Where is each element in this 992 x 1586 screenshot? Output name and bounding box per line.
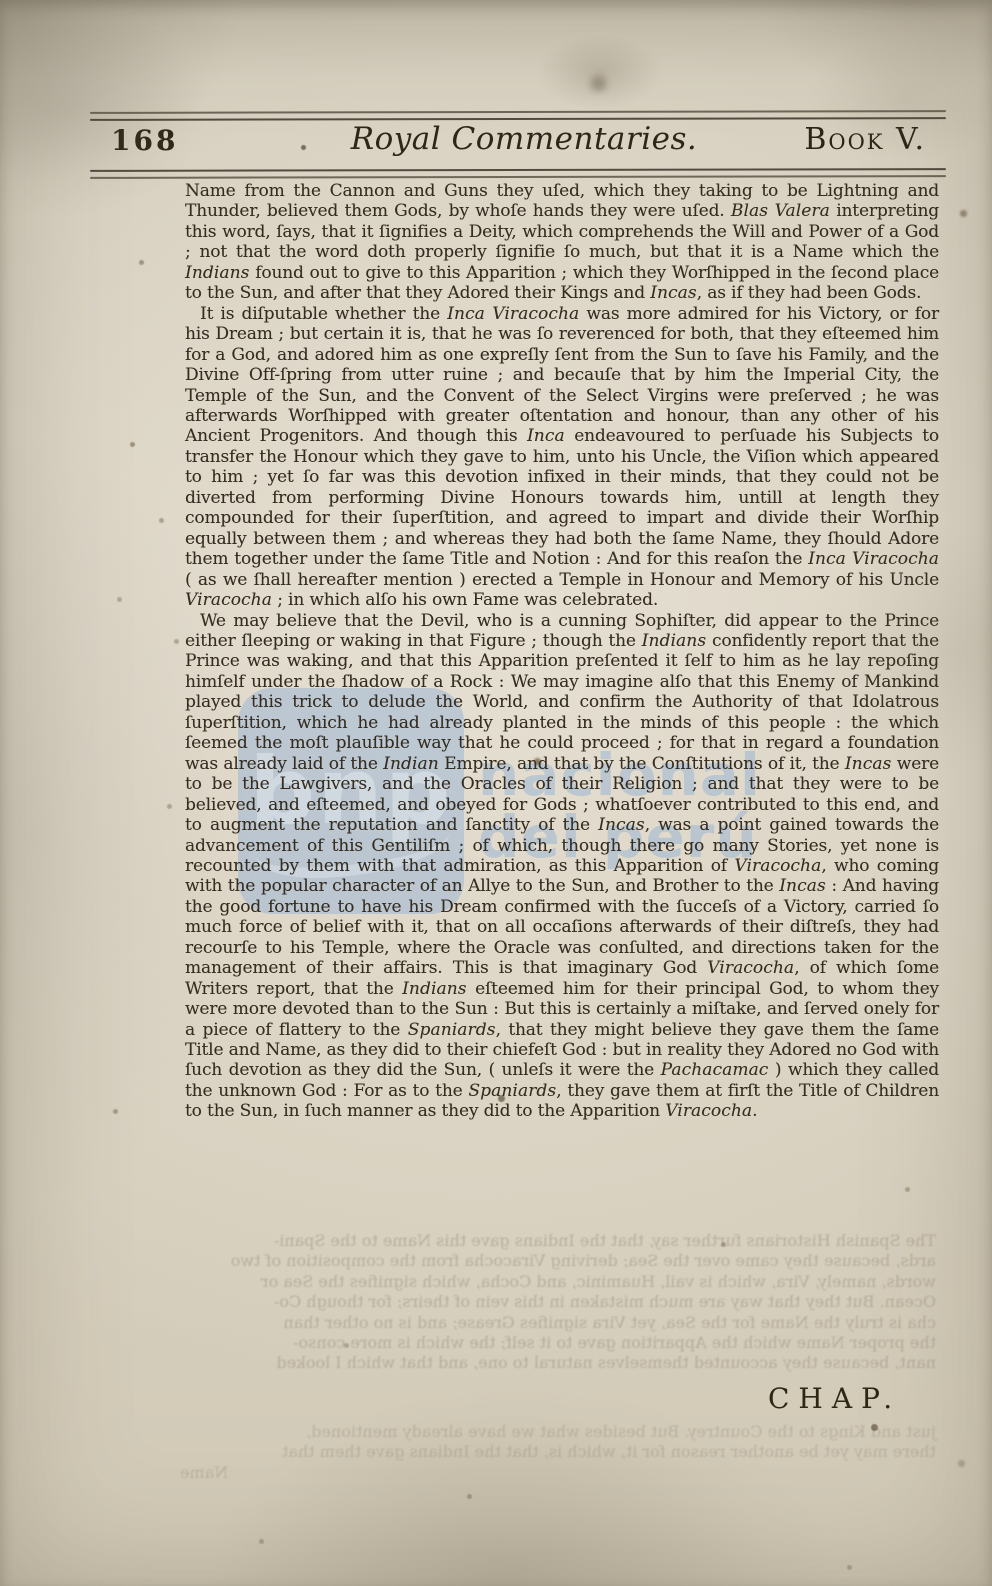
bleed-line: ards, because they came over the Sea; de… <box>180 1251 936 1271</box>
bleed-through-text-lower: just and Kings to the Countrey. But besi… <box>180 1422 936 1483</box>
body-text-run: ( as we ſhall hereafter mention ) erecte… <box>185 570 939 590</box>
bleed-line: just and Kings to the Countrey. But besi… <box>180 1422 936 1442</box>
body-text-run: endeavoured to perſuade his Subjects to … <box>185 426 939 569</box>
bleed-line: nant, because they accounted themselves … <box>180 1353 936 1373</box>
paragraph: We may believe that the Devil, who is a … <box>185 611 939 1122</box>
bleed-through-text-upper: The Spanish Historians further say, that… <box>180 1231 936 1374</box>
italic-term: Spaniards <box>408 1020 496 1040</box>
page-number: 168 <box>111 124 178 157</box>
bleed-line: Ocean. But they that way are much mistak… <box>180 1292 936 1312</box>
body-text-run: was more admired for his Victory, or for… <box>185 304 939 447</box>
book-page: 168 Royal Commentaries. Book V. bnp naci… <box>0 0 992 1586</box>
foxing-spots <box>0 0 3 3</box>
italic-term: Viracocha <box>707 958 794 978</box>
running-title: Royal Commentaries. <box>351 121 698 157</box>
italic-term: Pachacamac <box>661 1060 769 1080</box>
body-text-run: . <box>752 1101 757 1121</box>
header-rule-bottom-inner <box>90 168 946 172</box>
italic-term: Inca <box>527 426 565 446</box>
italic-term: Indians <box>642 631 707 651</box>
bleed-line: the proper Name which the Apparition gav… <box>180 1333 936 1353</box>
italic-term: Viracocha <box>185 590 272 610</box>
bleed-line: The Spanish Historians further say, that… <box>180 1231 936 1251</box>
body-text-run: It is diſputable whether the <box>200 304 447 324</box>
italic-term: Spaniards <box>468 1081 556 1101</box>
bleed-line: there may yet be another reason for it, … <box>180 1442 936 1462</box>
italic-term: Incas <box>845 754 892 774</box>
italic-term: Incas <box>650 283 697 303</box>
catchword: CHAP. <box>768 1382 901 1415</box>
bleed-line: cha is truly the Name for the Sea, yet V… <box>180 1313 936 1333</box>
italic-term: Blas Valera <box>731 201 830 221</box>
italic-term: Inca Viracocha <box>447 304 579 324</box>
italic-term: Viracocha <box>734 856 821 876</box>
paragraph: Name from the Cannon and Guns they uſed,… <box>185 181 939 304</box>
page-text: Name from the Cannon and Guns they uſed,… <box>185 181 939 1122</box>
header-rule-bottom-outer <box>90 175 946 178</box>
paragraph: It is diſputable whether the Inca Viraco… <box>185 304 939 611</box>
italic-term: Viracocha <box>665 1101 752 1121</box>
italic-term: Indians <box>402 979 467 999</box>
italic-term: Incas <box>779 876 826 896</box>
bleed-line: words, namely, Vira, which is vail, Huam… <box>180 1272 936 1292</box>
body-text-run: , as if they had been Gods. <box>697 283 922 303</box>
header-rule-top-outer <box>90 110 946 113</box>
italic-term: Indian <box>383 754 439 774</box>
body-text-run: confidently report that the Prince was w… <box>185 631 939 774</box>
book-label: Book V. <box>804 122 926 157</box>
italic-term: Indians <box>185 263 250 283</box>
bleed-line: Name <box>180 1463 936 1483</box>
body-text-run: ; in which alſo his own Fame was celebra… <box>272 590 658 610</box>
body-text-run: Empire, and that by the Conſtitutions of… <box>439 754 845 774</box>
italic-term: Inca Viracocha <box>808 549 939 569</box>
italic-term: Incas <box>598 815 645 835</box>
